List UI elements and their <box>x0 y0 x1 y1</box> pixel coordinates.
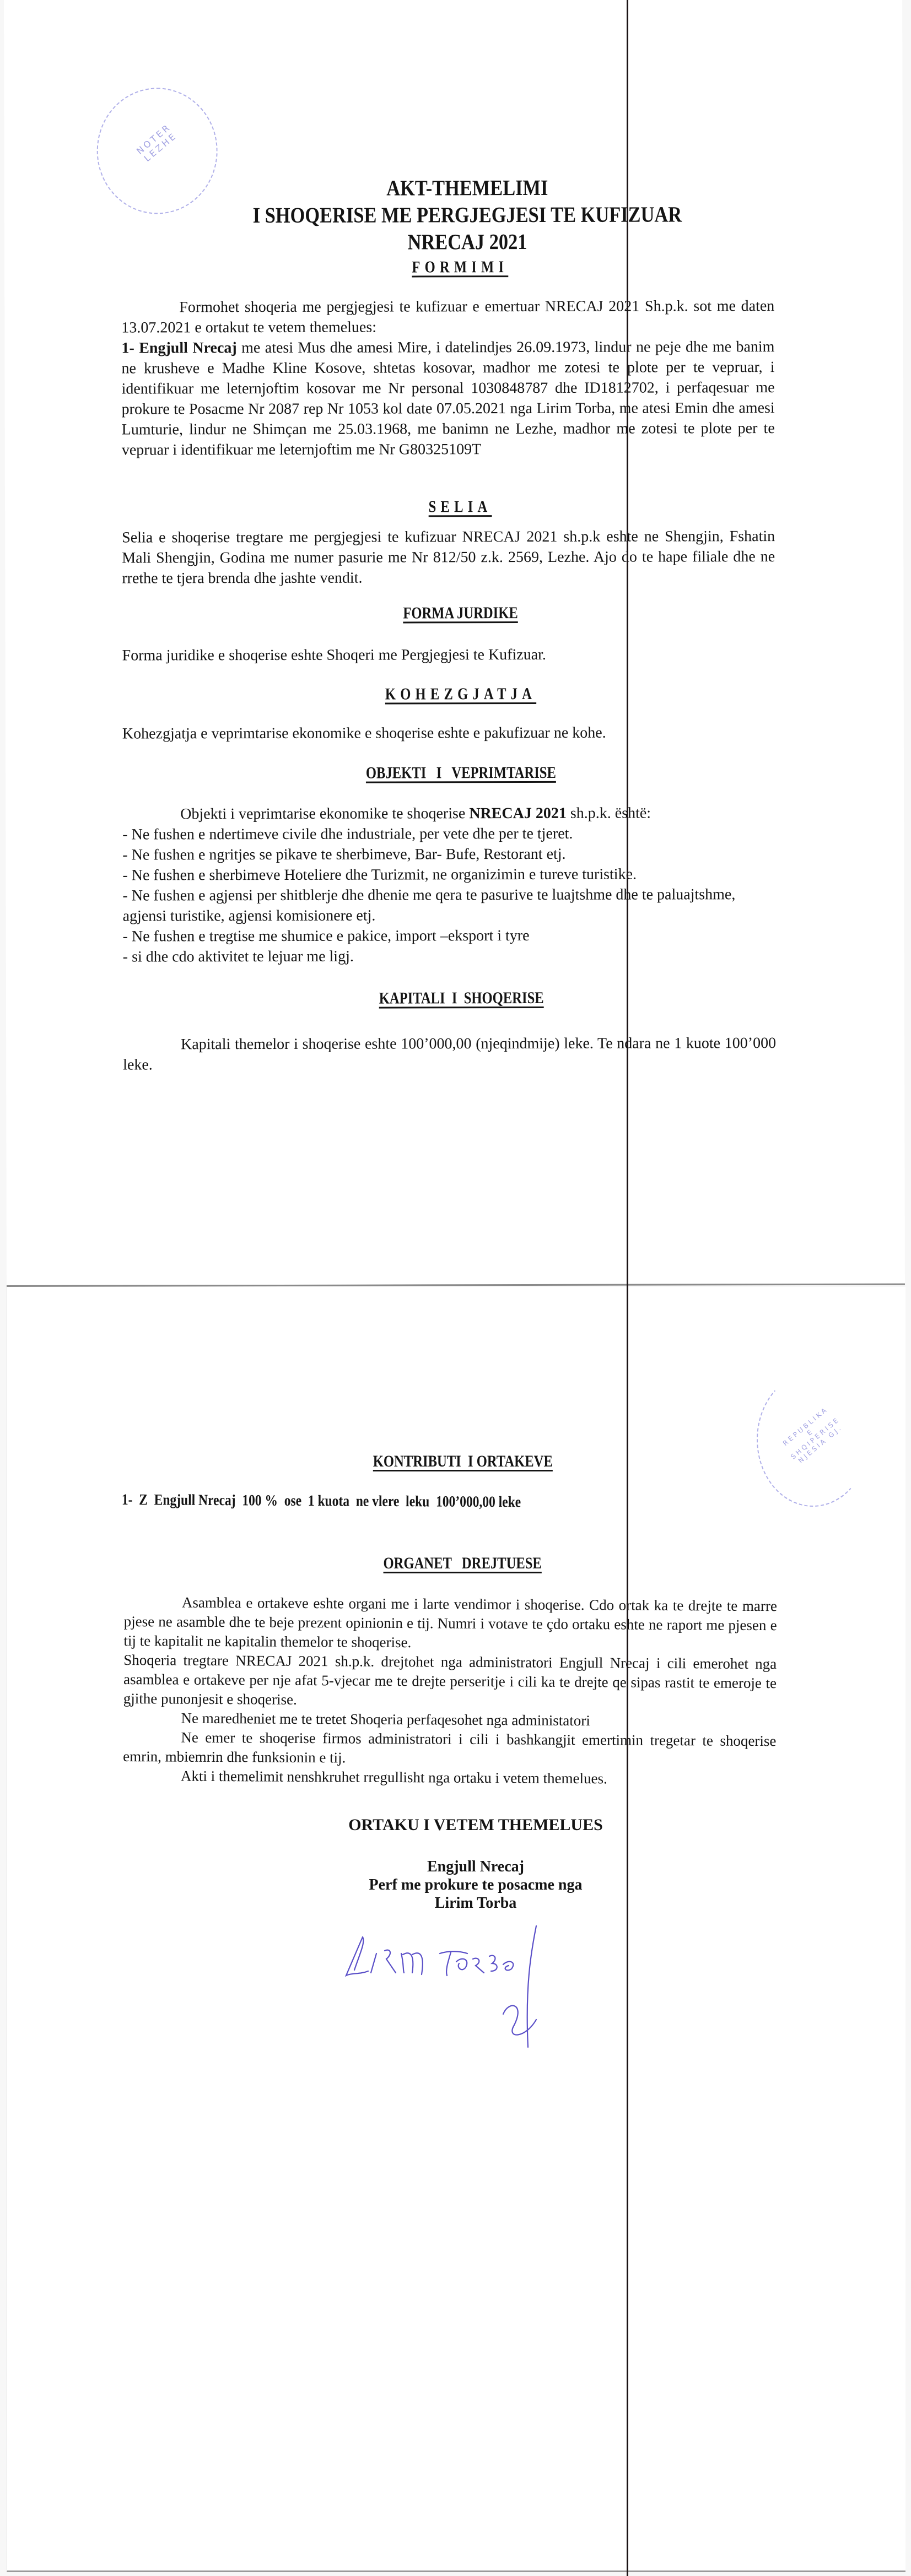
handwritten-signature <box>338 1920 569 2053</box>
paragraph-forma-juridike: Forma juridike e shoqerise eshte Shoqeri… <box>122 644 775 665</box>
document-page-1: NOTER LEZHE AKT-THEMELIMI I SHOQERISE ME… <box>4 0 905 1287</box>
heading-formimi: FORMIMI <box>4 257 911 278</box>
objekti-item: - Ne fushen e agjensi per shitblerje dhe… <box>122 884 775 926</box>
paragraph-selia: Selia e shoqerise tregtare me pergjegjes… <box>122 526 775 588</box>
scan-fold-line <box>627 0 628 2576</box>
notary-stamp: NOTER LEZHE <box>96 88 217 214</box>
objekti-item: - si dhe cdo aktivitet te lejuar me ligj… <box>123 945 776 967</box>
signature-block: ORTAKU I VETEM THEMELUES Engjull Nrecaj … <box>228 1816 724 1912</box>
objekti-item: - Ne fushen e tregtise me shumice e paki… <box>123 925 776 946</box>
document-title: AKT-THEMELIMI I SHOQERISE ME PERGJEGJESI… <box>174 174 762 256</box>
founder-number: 1- <box>121 340 134 357</box>
heading-selia: SELIA <box>5 497 911 517</box>
signatory-representation: Perf me prokure te posacme nga <box>228 1876 724 1894</box>
paragraph-objekti: Objekti i veprimtarise ekonomike te shoq… <box>122 803 776 967</box>
objekti-item: - Ne fushen e sherbimeve Hoteliere dhe T… <box>122 864 775 885</box>
kontributi-line: 1- Z Engjull Nrecaj 100 % ose 1 kuota ne… <box>122 1490 775 1514</box>
registry-stamp: REPUBLIKA E SHQIPERISE NJESIA GJ. <box>757 1372 869 1507</box>
paragraph-kapitali: Kapitali themelor i shoqerise eshte 100’… <box>123 1033 776 1075</box>
heading-organet: ORGANET DREJTUESE <box>7 1554 911 1573</box>
title-line-1: AKT-THEMELIMI <box>174 174 762 202</box>
title-line-2: I SHOQERISE ME PERGJEGJESI TE KUFIZUAR <box>174 201 762 229</box>
founder-name: Engjull Nrecaj <box>139 339 237 356</box>
paragraph-formimi: Formohet shoqeria me pergjegjesi te kufi… <box>121 296 775 460</box>
document-page-2: REPUBLIKA E SHQIPERISE NJESIA GJ. KONTRI… <box>7 1287 905 2572</box>
paragraph-kohezgjatja: Kohezgjatja e veprimtarise ekonomike e s… <box>122 722 775 744</box>
signatory-representative: Lirim Torba <box>228 1894 724 1912</box>
objekti-item: - Ne fushen e ngritjes se pikave te sher… <box>122 843 775 865</box>
heading-objekti: OBJEKTI I VEPRIMTARISE <box>6 763 911 783</box>
signature-heading: ORTAKU I VETEM THEMELUES <box>228 1816 724 1834</box>
objekti-item: - Ne fushen e ndertimeve civile dhe indu… <box>122 823 775 845</box>
title-line-3: NRECAJ 2021 <box>174 228 762 256</box>
heading-kohezgjatja: KOHEZGJATJA <box>6 684 911 705</box>
heading-kapitali: KAPITALI I SHOQERISE <box>6 988 911 1009</box>
signatory-name: Engjull Nrecaj <box>228 1858 724 1876</box>
paragraph-organet: Asamblea e ortakeve eshte organi me i la… <box>123 1593 777 1789</box>
heading-forma-juridike: FORMA JURDIKE <box>5 603 911 624</box>
